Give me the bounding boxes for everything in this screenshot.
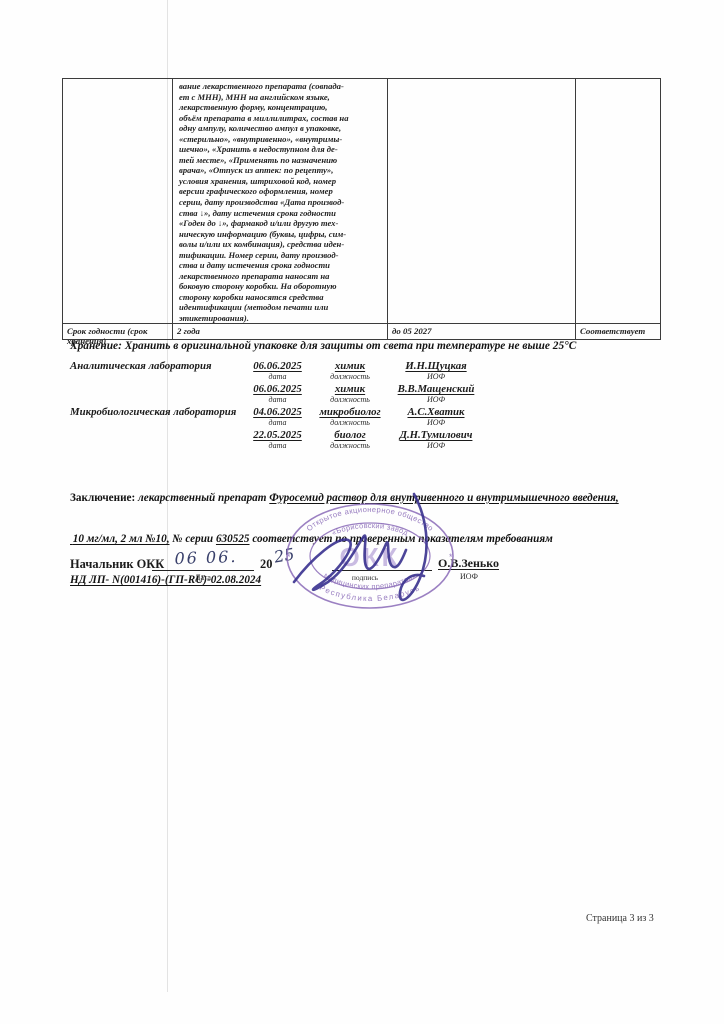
page-number: Страница 3 из 3 — [586, 913, 654, 924]
lab-name-label: Аналитическая лаборатория — [70, 360, 212, 372]
table-cell-empty-mid — [388, 79, 576, 324]
spec-table: вание лекарственного препарата (совпада-… — [62, 78, 661, 340]
lab-person: В.В.Мащенский — [370, 383, 502, 395]
shelf-life-value: 2 года — [173, 324, 388, 340]
lab-person: И.Н.Щуцкая — [370, 360, 502, 372]
caption-name: ИОФ — [370, 395, 502, 404]
caption-name: ИОФ — [370, 372, 502, 381]
lab-row: Аналитическая лаборатория 06.06.2025 хим… — [70, 360, 550, 383]
date-caption: Дата — [152, 573, 254, 582]
lab-person: А.С.Хватик — [370, 406, 502, 418]
okk-head-title: Начальник ОКК — [70, 557, 164, 572]
handwritten-date: 06 06. — [158, 546, 255, 568]
shelf-life-result: Соответствует — [576, 324, 661, 340]
date-underline — [152, 570, 254, 571]
conclusion-label: Заключение: — [70, 492, 135, 504]
lab-row: 06.06.2025 химик В.В.Мащенский дата долж… — [70, 383, 550, 406]
series-label: № серии — [170, 533, 216, 545]
table-cell-empty-right — [576, 79, 661, 324]
lab-row: Микробиологическая лаборатория 04.06.202… — [70, 406, 550, 429]
storage-conditions: Хранение: Хранить в оригинальной упаковк… — [70, 340, 690, 352]
caption-name: ИОФ — [370, 418, 502, 427]
dose-text: 10 мг/мл, 2 мл №10, — [70, 533, 170, 545]
lab-name-label: Микробиологическая лаборатория — [70, 406, 236, 418]
lab-row: 22.05.2025 биолог Д.Н.Тумилович дата дол… — [70, 429, 550, 452]
stamp-ring-inner-top-text: «Борисовский завод — [330, 521, 410, 537]
shelf-life-expiry: до 05 2027 — [388, 324, 576, 340]
table-cell-description: вание лекарственного препарата (совпада-… — [173, 79, 388, 324]
caption-name: ИОФ — [370, 441, 502, 450]
series-value: 630525 — [216, 533, 250, 545]
lab-signoff-block: Аналитическая лаборатория 06.06.2025 хим… — [70, 360, 550, 452]
stamp-star-left: * — [287, 552, 291, 562]
svg-text:«Борисовский завод: «Борисовский завод — [330, 521, 410, 537]
stamp-star-right: * — [449, 552, 453, 562]
lab-person: Д.Н.Тумилович — [370, 429, 502, 441]
shelf-life-label: Срок годности (срок хранения) — [63, 324, 173, 340]
company-stamp: Открытое акционерное общество «Борисовск… — [250, 480, 490, 620]
document-page: вание лекарственного препарата (совпада-… — [0, 0, 724, 1024]
table-cell-empty-left — [63, 79, 173, 324]
